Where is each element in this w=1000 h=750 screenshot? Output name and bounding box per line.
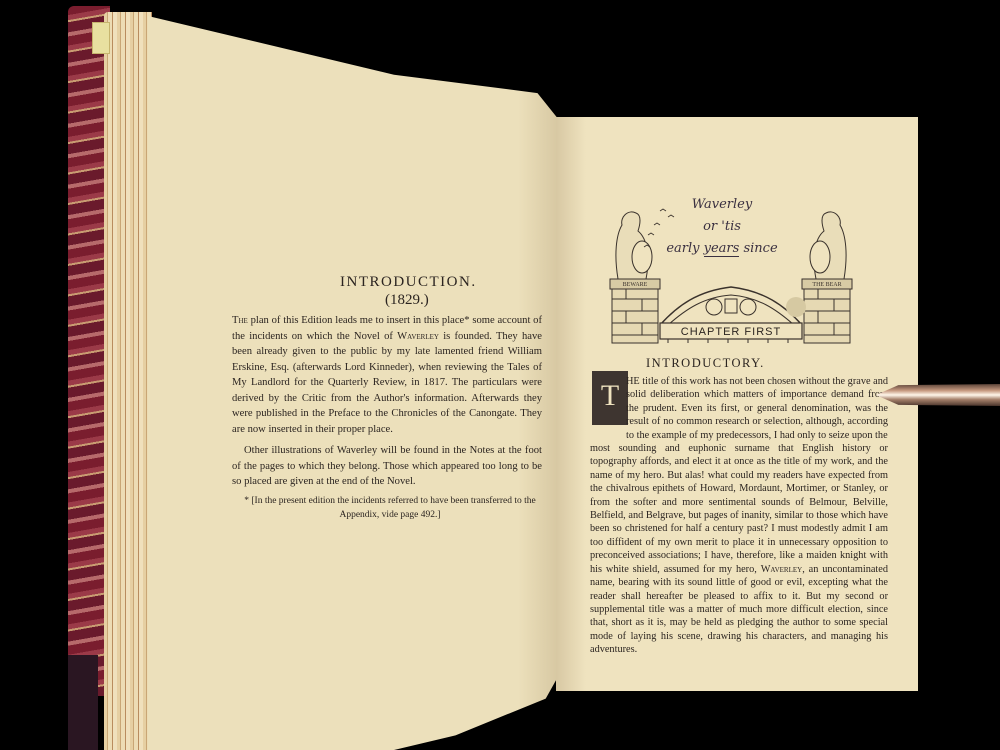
handwriting-line-1: Waverley (662, 194, 782, 216)
handwriting-underlined-word: years (704, 241, 740, 257)
lead-word: The (232, 315, 248, 326)
handwriting-line-3: early years since (662, 238, 782, 260)
gate-banner-text: CHAPTER FIRST (681, 326, 781, 338)
pillar-left-inscription: BEWARE (623, 282, 648, 288)
handwriting-line-2: or 'tis (662, 216, 782, 238)
introduction-paragraph-2: Other illustrations of Waverley will be … (232, 443, 542, 490)
pillar-right-inscription: THE BEAR (812, 282, 841, 288)
footnote: * [In the present edition the incidents … (240, 494, 540, 522)
handwritten-inscription: Waverley or 'tis early years since (662, 194, 782, 260)
introduction-year: (1829.) (385, 292, 429, 309)
title-smallcaps: Waverley (761, 564, 802, 575)
handwriting-word: early (666, 241, 703, 256)
cover-leather-corner (68, 655, 98, 750)
introduction-body: The plan of this Edition leads me to ins… (232, 313, 542, 496)
body-opening: HE title of this work has not been chose… (590, 375, 888, 442)
introductory-body: HE title of this work has not been chose… (590, 375, 888, 657)
metal-pointer-tip (876, 384, 1000, 406)
introduction-heading: INTRODUCTION. (340, 274, 477, 291)
bookmark-tab (92, 22, 110, 54)
introductory-heading: INTRODUCTORY. (646, 356, 765, 371)
page-block-edges (104, 12, 152, 750)
handwriting-word: since (739, 241, 777, 256)
body-text-end: , an uncontaminated name, bearing with i… (590, 564, 888, 655)
paragraph-text-rest: is founded. They have been already given… (232, 331, 542, 435)
title-smallcaps: Waverley (397, 331, 439, 342)
body-text: most sounding and euphonic surname that … (590, 443, 888, 575)
introduction-paragraph-1: The plan of this Edition leads me to ins… (232, 313, 542, 437)
